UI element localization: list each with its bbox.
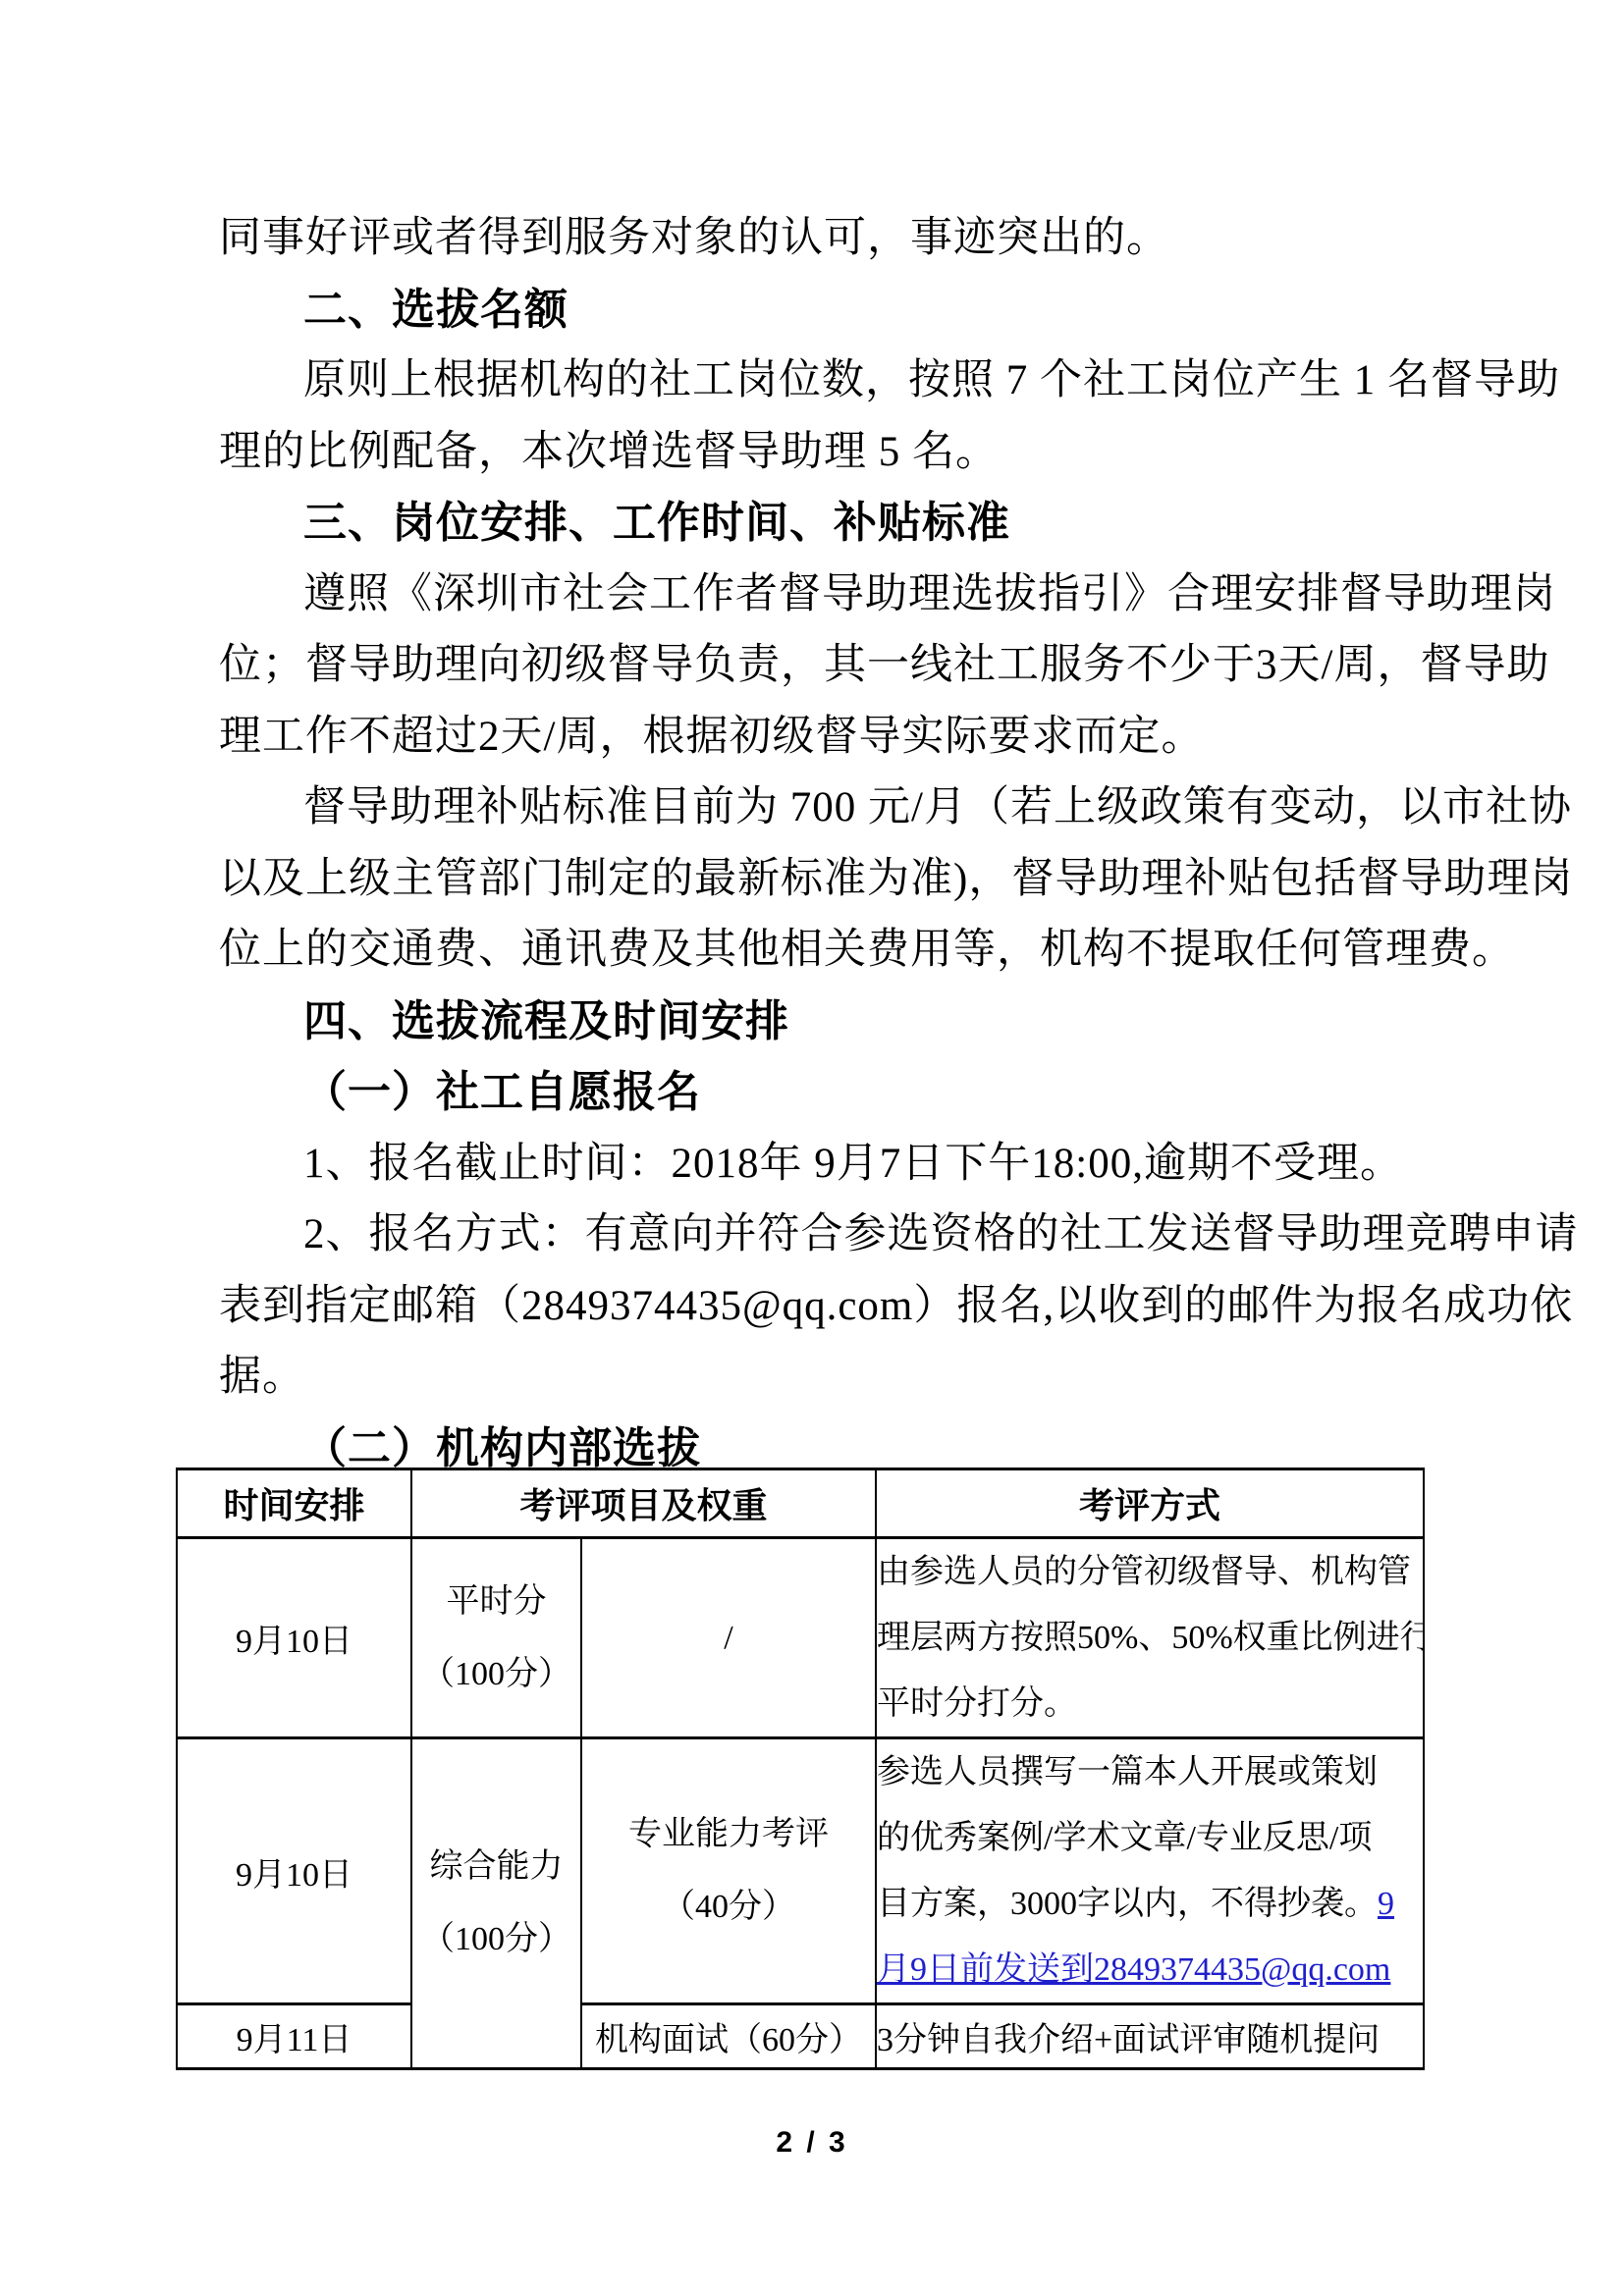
paragraph-line: 1、报名截止时间：2018年 9月7日下午18:00,逾期不受理。 <box>219 1129 1436 1201</box>
cell-group-zongheNengli: 综合能力 （100分） <box>411 1738 581 2069</box>
paragraph-line: 原则上根据机构的社工岗位数，按照 7 个社工岗位产生 1 名督导助 <box>219 346 1436 417</box>
table-row-pingshifen: 9月10日 平时分 （100分） / 由参选人员的分管初级督导、机构管 理层两方… <box>177 1538 1424 1738</box>
item-weight: （40分） <box>582 1871 875 1944</box>
method-text-line: 参选人员撰写一篇本人开展或策划 <box>877 1739 1423 1805</box>
table-header-row: 时间安排 考评项目及权重 考评方式 <box>177 1469 1424 1538</box>
col-header-method: 考评方式 <box>876 1469 1424 1538</box>
cell-date-row1: 9月10日 <box>177 1538 411 1738</box>
paragraph-line: 遵照《深圳市社会工作者督导助理选拔指引》合理安排督导助理岗 <box>219 560 1436 631</box>
method-text-line: 理层两方按照50%、50%权重比例进行 <box>877 1605 1423 1671</box>
email-deadline-link-part2[interactable]: 月9日前发送到2849374435@qq.com <box>877 1951 1390 1988</box>
item-name: 平时分 <box>412 1566 580 1638</box>
group-weight: （100分） <box>412 1903 580 1976</box>
item-name: 专业能力考评 <box>582 1798 875 1871</box>
cell-method-row1: 由参选人员的分管初级督导、机构管 理层两方按照50%、50%权重比例进行 平时分… <box>876 1538 1424 1738</box>
paragraph-line: 理的比例配备，本次增选督导助理 5 名。 <box>219 417 1436 489</box>
method-text-line: 的优秀案例/学术文章/专业反思/项 <box>877 1805 1423 1871</box>
method-text-segment: 目方案，3000字以内，不得抄袭。 <box>877 1886 1378 1922</box>
paragraph-line: 据。 <box>219 1342 1436 1414</box>
paragraph-line: 督导助理补贴标准目前为 700 元/月（若上级政策有变动，以市社协 <box>219 773 1436 844</box>
cell-item-row3: 机构面试（60分） <box>581 2004 876 2069</box>
paragraph-line: 位；督导助理向初级督导负责，其一线社工服务不少于3天/周，督导助 <box>219 630 1436 702</box>
cell-date-row3: 9月11日 <box>177 2004 411 2069</box>
cell-method-row3: 3分钟自我介绍+面试评审随机提问 <box>876 2004 1424 2069</box>
table-row-professional: 9月10日 综合能力 （100分） 专业能力考评 （40分） 参选人员撰写一篇本… <box>177 1738 1424 2004</box>
paragraph-line: 2、报名方式：有意向并符合参选资格的社工发送督导助理竞聘申请 <box>219 1200 1436 1271</box>
paragraph-line: 位上的交通费、通讯费及其他相关费用等，机构不提取任何管理费。 <box>219 915 1436 987</box>
paragraph-line: 同事好评或者得到服务对象的认可，事迹突出的。 <box>219 203 1436 275</box>
subsection-heading-signup: （一）社工自愿报名 <box>219 1057 1436 1129</box>
internal-selection-table: 时间安排 考评项目及权重 考评方式 9月10日 平时分 （100分） / 由参选… <box>176 1468 1425 2070</box>
email-deadline-link-part1[interactable]: 9 <box>1378 1886 1394 1922</box>
method-text-line: 由参选人员的分管初级督导、机构管 <box>877 1539 1423 1605</box>
document-body: 同事好评或者得到服务对象的认可，事迹突出的。 二、选拔名额 原则上根据机构的社工… <box>219 203 1436 1484</box>
paragraph-line: 以及上级主管部门制定的最新标准为准)，督导助理补贴包括督导助理岗 <box>219 844 1436 916</box>
cell-item-row2: 专业能力考评 （40分） <box>581 1738 876 2004</box>
document-page: 同事好评或者得到服务对象的认可，事迹突出的。 二、选拔名额 原则上根据机构的社工… <box>0 0 1624 2296</box>
table-row-interview: 9月11日 机构面试（60分） 3分钟自我介绍+面试评审随机提问 <box>177 2004 1424 2069</box>
item-weight: （100分） <box>412 1638 580 1711</box>
section-heading-quota: 二、选拔名额 <box>219 275 1436 347</box>
cell-method-row2: 参选人员撰写一篇本人开展或策划 的优秀案例/学术文章/专业反思/项 目方案，30… <box>876 1738 1424 2004</box>
paragraph-line: 表到指定邮箱（2849374435@qq.com）报名,以收到的邮件为报名成功依 <box>219 1271 1436 1343</box>
paragraph-line: 理工作不超过2天/周，根据初级督导实际要求而定。 <box>219 702 1436 774</box>
col-header-time: 时间安排 <box>177 1469 411 1538</box>
method-text-line: 月9日前发送到2849374435@qq.com <box>877 1937 1423 2002</box>
section-heading-process: 四、选拔流程及时间安排 <box>219 987 1436 1058</box>
col-header-items: 考评项目及权重 <box>411 1469 876 1538</box>
cell-weight-row1: / <box>581 1538 876 1738</box>
section-heading-post: 三、岗位安排、工作时间、补贴标准 <box>219 488 1436 560</box>
cell-date-row2: 9月10日 <box>177 1738 411 2004</box>
method-text-line: 目方案，3000字以内，不得抄袭。9 <box>877 1871 1423 1937</box>
page-number: 2 / 3 <box>0 2126 1624 2160</box>
cell-item-row1: 平时分 （100分） <box>411 1538 581 1738</box>
method-text-line: 平时分打分。 <box>877 1671 1423 1736</box>
group-name: 综合能力 <box>412 1831 580 1903</box>
